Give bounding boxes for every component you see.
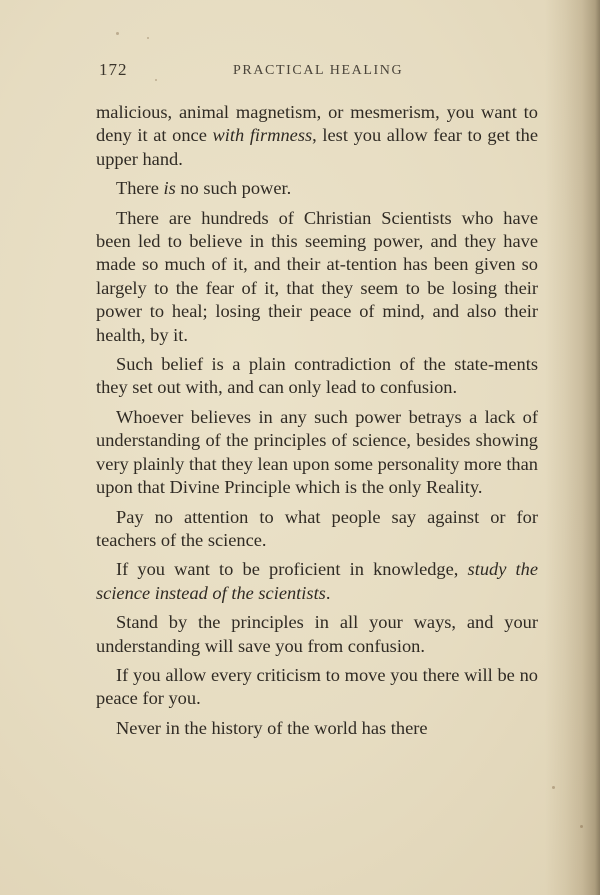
paragraph: Such belief is a plain contradiction of …	[96, 353, 538, 400]
paragraph: There is no such power.	[96, 177, 538, 200]
emphasis: is	[163, 178, 175, 198]
paragraph: Pay no attention to what people say agai…	[96, 506, 538, 553]
running-title: PRACTICAL HEALING	[233, 63, 403, 79]
paper-speck	[116, 32, 119, 35]
page-number: 172	[99, 60, 128, 80]
body-text: malicious, animal magnetism, or mesmeris…	[96, 101, 538, 746]
paper-speck	[155, 79, 157, 81]
paragraph: Whoever believes in any such power betra…	[96, 406, 538, 500]
paragraph: If you allow every criticism to move you…	[96, 664, 538, 711]
paragraph: Stand by the principles in all your ways…	[96, 611, 538, 658]
paper-speck	[552, 786, 555, 789]
running-head: 172 PRACTICAL HEALING	[99, 60, 549, 84]
paragraph: If you want to be proficient in knowledg…	[96, 558, 538, 605]
paragraph: There are hundreds of Christian Scientis…	[96, 207, 538, 347]
paper-speck	[147, 37, 149, 39]
paragraph-continues: Never in the history of the world has th…	[96, 717, 538, 740]
paper-speck	[580, 825, 583, 828]
book-page: 172 PRACTICAL HEALING malicious, animal …	[0, 0, 600, 895]
emphasis: with firmness	[213, 125, 313, 145]
paragraph-continued: malicious, animal magnetism, or mesmeris…	[96, 101, 538, 171]
